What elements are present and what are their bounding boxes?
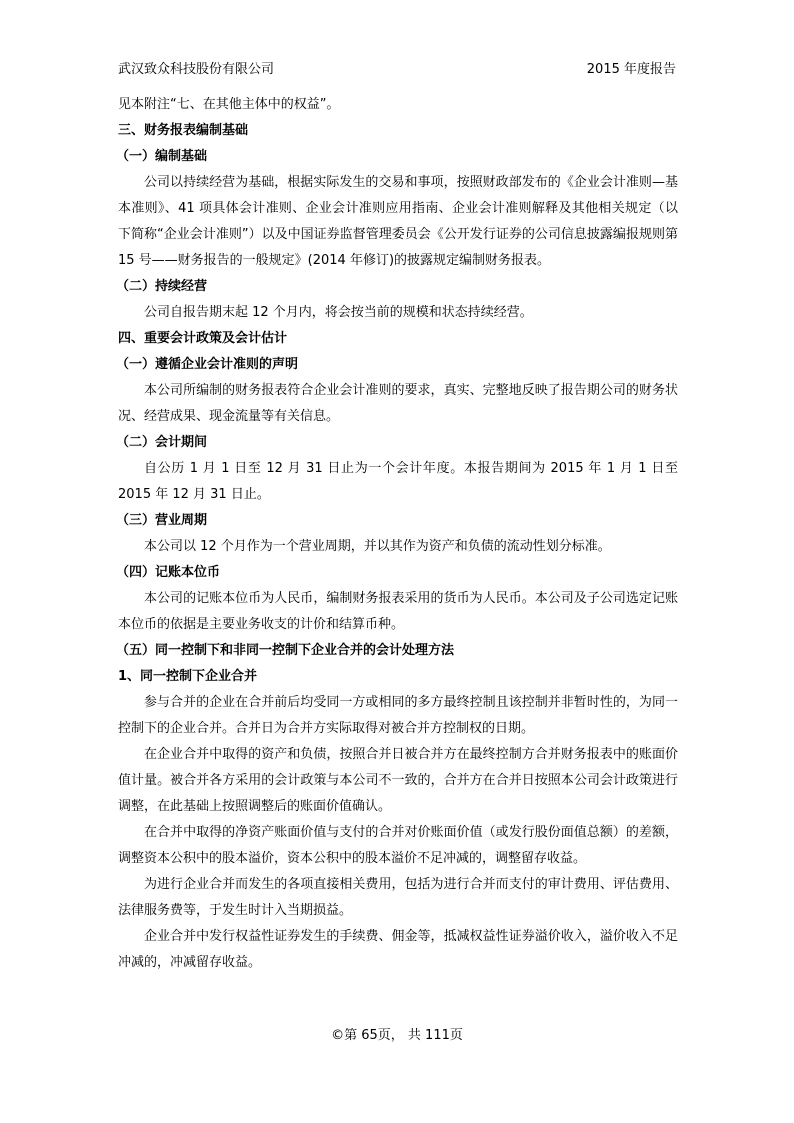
subsection-heading: （五）同一控制下和非同一控制下企业合并的会计处理方法: [116, 638, 678, 664]
paragraph: 公司以持续经营为基础，根据实际发生的交易和事项，按照财政部发布的《企业会计准则—…: [118, 170, 678, 274]
page-header: 武汉致众科技股份有限公司 2015 年度报告: [118, 58, 676, 76]
section-heading: 三、财务报表编制基础: [118, 118, 678, 144]
subsection-heading: （二）会计期间: [116, 430, 678, 456]
paragraph: 为进行企业合并而发生的各项直接相关费用，包括为进行合并而支付的审计费用、评估费用…: [118, 872, 678, 924]
header-company-name: 武汉致众科技股份有限公司: [118, 58, 274, 76]
paragraph: 在合并中取得的净资产账面价值与支付的合并对价账面价值（或发行股份面值总额）的差额…: [118, 820, 678, 872]
paragraph: 公司自报告期末起 12 个月内，将会按当前的规模和状态持续经营。: [118, 300, 678, 326]
numbered-heading: 1、同一控制下企业合并: [118, 664, 678, 690]
paragraph: 参与合并的企业在合并前后均受同一方或相同的多方最终控制且该控制并非暂时性的，为同…: [118, 690, 678, 742]
paragraph: 本公司所编制的财务报表符合企业会计准则的要求，真实、完整地反映了报告期公司的财务…: [118, 378, 678, 430]
paragraph: 企业合并中发行权益性证券发生的手续费、佣金等，抵减权益性证券溢价收入，溢价收入不…: [118, 924, 678, 976]
paragraph: 见本附注“七、在其他主体中的权益”。: [118, 92, 678, 118]
document-body: 见本附注“七、在其他主体中的权益”。 三、财务报表编制基础 （一）编制基础 公司…: [118, 92, 678, 976]
header-report-title: 2015 年度报告: [587, 58, 676, 76]
subsection-heading: （三）营业周期: [116, 508, 678, 534]
page-footer: ©第 65页， 共 111页: [0, 1024, 794, 1043]
subsection-heading: （二）持续经营: [116, 274, 678, 300]
section-heading: 四、重要会计政策及会计估计: [118, 326, 678, 352]
subsection-heading: （一）遵循企业会计准则的声明: [116, 352, 678, 378]
page-number: ©第 65页， 共 111页: [331, 1028, 463, 1043]
paragraph: 自公历 1 月 1 日至 12 月 31 日止为一个会计年度。本报告期间为 20…: [118, 456, 678, 508]
paragraph: 本公司以 12 个月作为一个营业周期，并以其作为资产和负债的流动性划分标准。: [118, 534, 678, 560]
subsection-heading: （四）记账本位币: [116, 560, 678, 586]
paragraph: 在企业合并中取得的资产和负债，按照合并日被合并方在最终控制方合并财务报表中的账面…: [118, 742, 678, 820]
paragraph: 本公司的记账本位币为人民币，编制财务报表采用的货币为人民币。本公司及子公司选定记…: [118, 586, 678, 638]
subsection-heading: （一）编制基础: [116, 144, 678, 170]
